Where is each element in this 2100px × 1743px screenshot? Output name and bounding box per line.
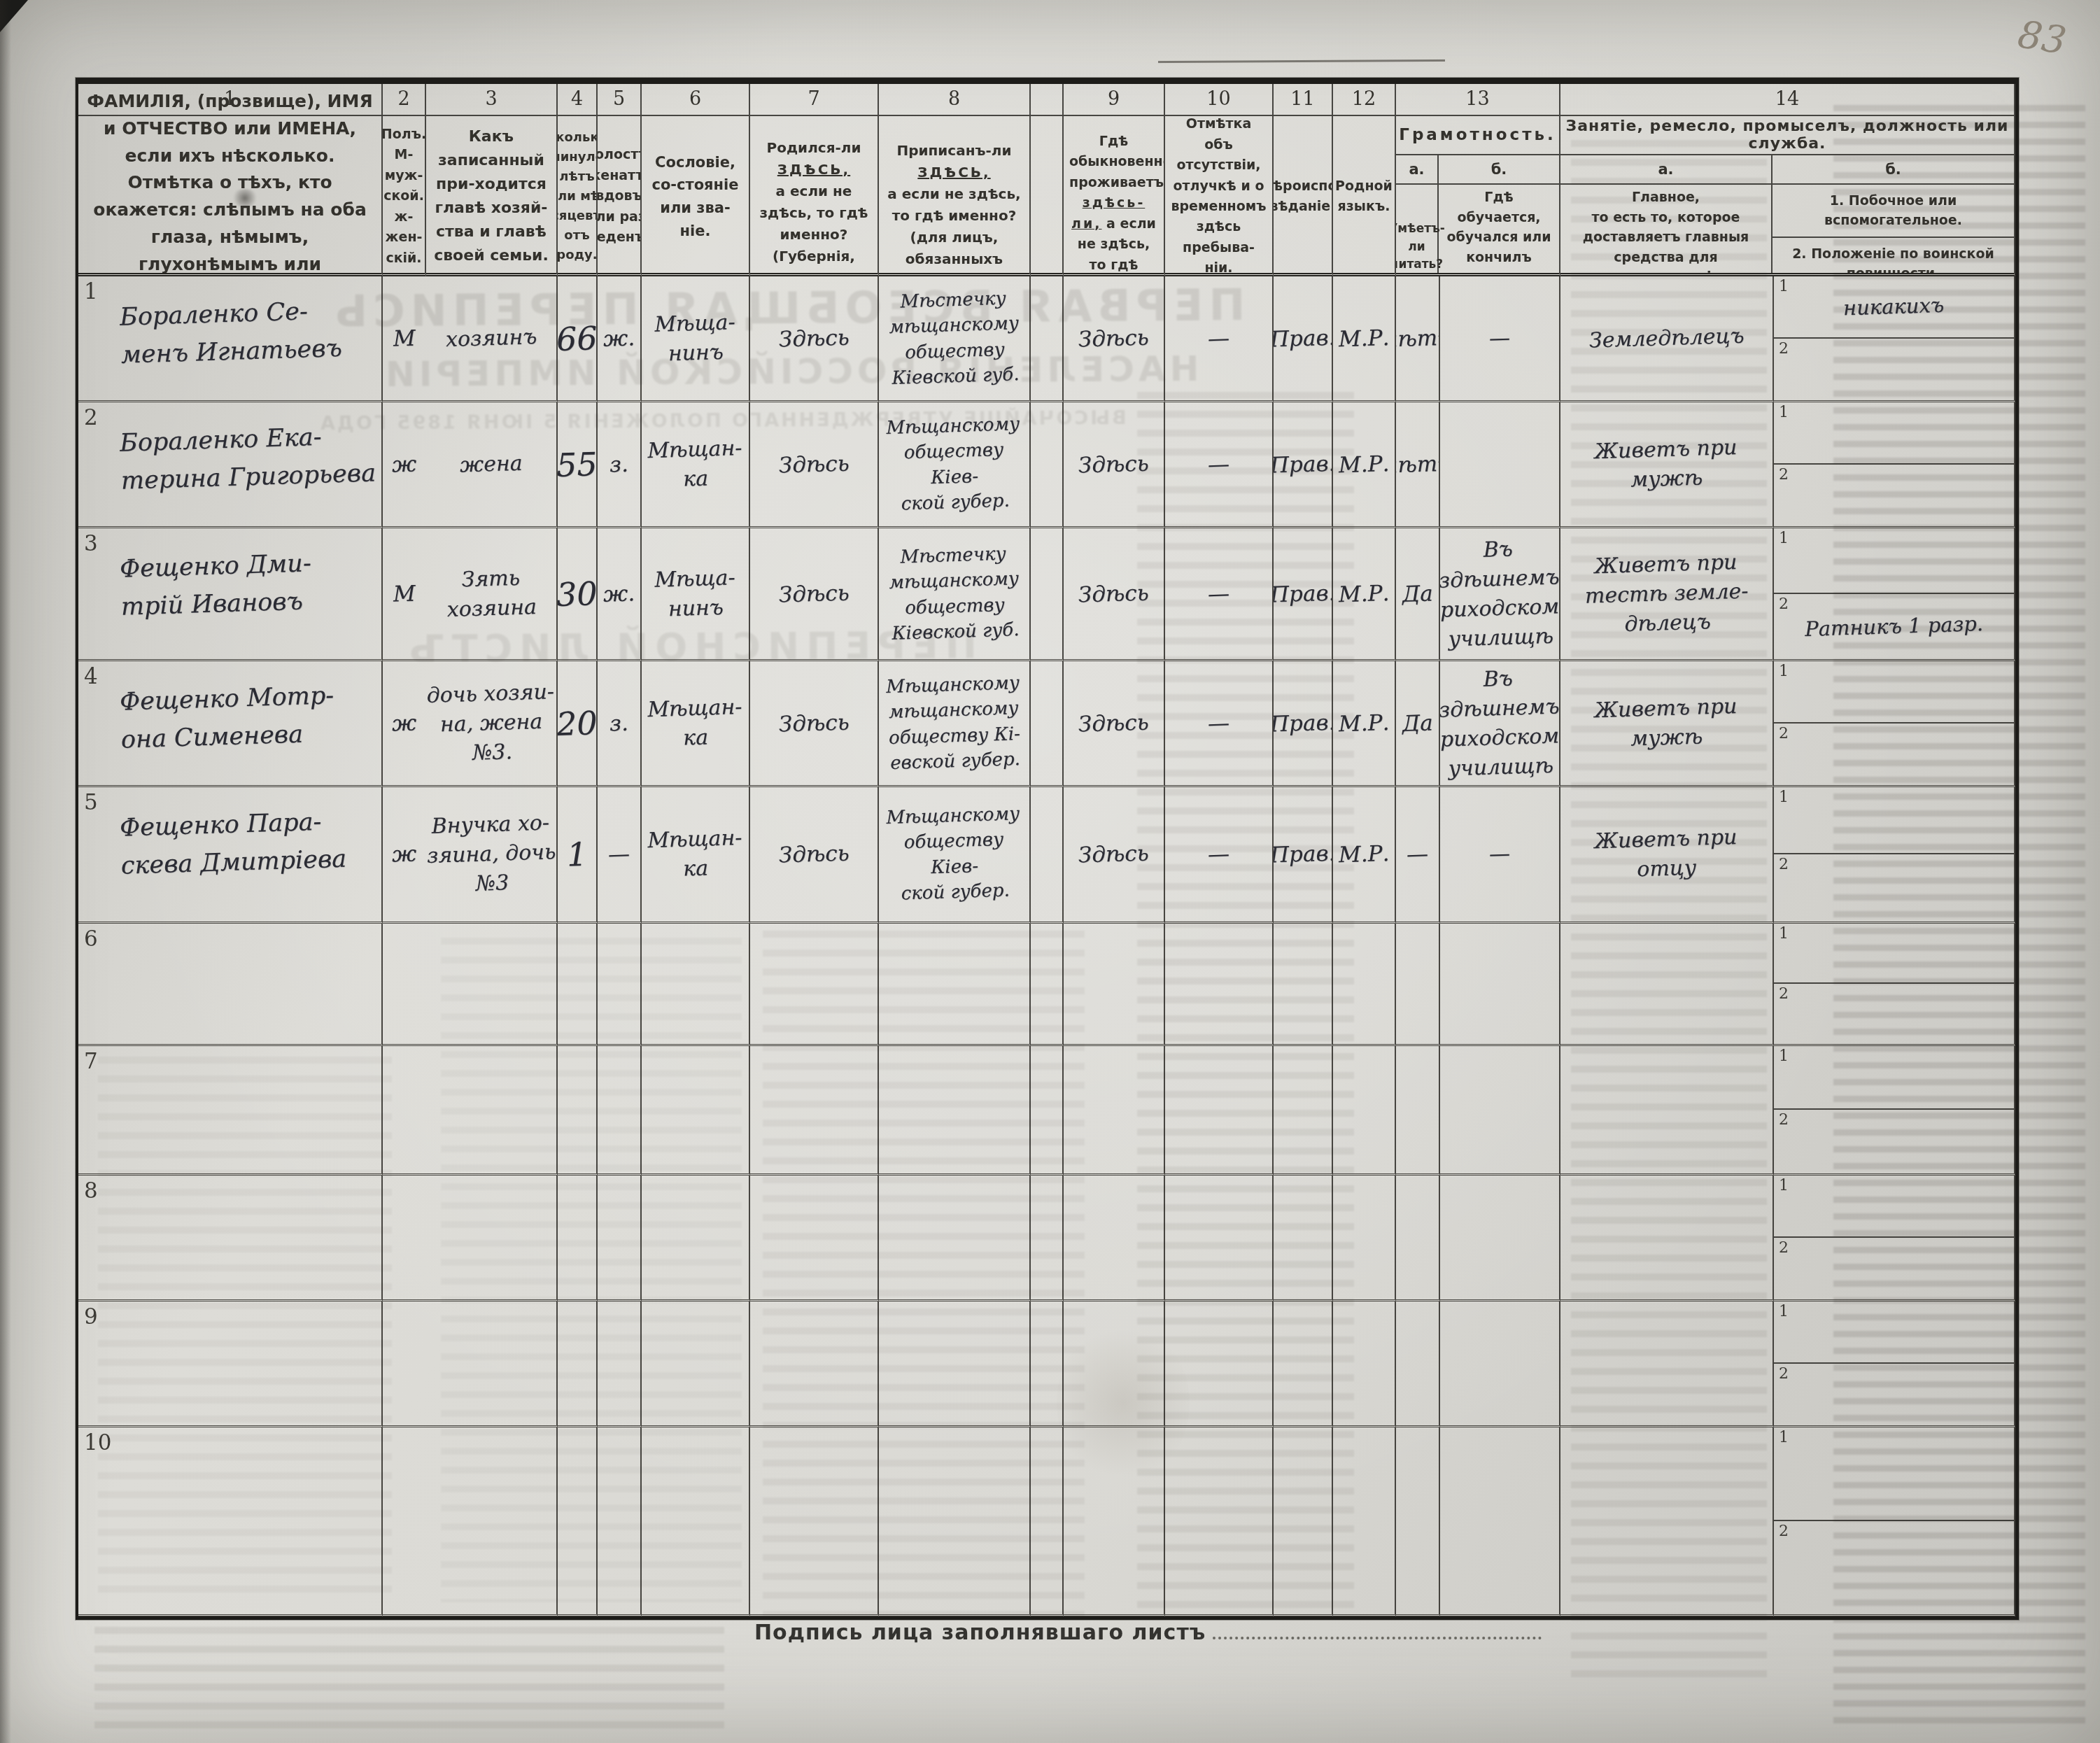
handwritten-entry: Живетъ при отцу <box>1594 823 1739 886</box>
handwritten-entry: Мѣщанскому обществу Кіев- ской губер. <box>879 801 1031 908</box>
cell-absence: — <box>1165 402 1274 528</box>
header-col-birthplace: 7 Родился-ли ЗДѢСЬ, а если не здѣсь, то … <box>750 84 879 276</box>
cell-estate: Мѣща- нинъ <box>642 528 750 661</box>
handwritten-entry: Фещенко Дми- трій Ивановъ <box>119 542 378 626</box>
handwritten-entry: — <box>1207 710 1229 736</box>
cell-age: 1 <box>558 787 598 924</box>
sub-cell-number: 1 <box>1779 530 1789 547</box>
handwritten-entry: Мѣщан- ка <box>647 433 744 495</box>
cell-registration: Мѣщанскому обществу Кіев- ской губер. <box>879 402 1031 528</box>
handwritten-entry: Фещенко Пара- скева Дмитріева <box>119 801 378 885</box>
cell-sex <box>383 1176 426 1301</box>
cell-literacy: нѣтъ <box>1396 276 1440 402</box>
cell-residence <box>1064 1046 1165 1176</box>
cell-side-occupation: 12Ратникъ 1 разр. <box>1774 528 2015 661</box>
cell-registration <box>879 1046 1031 1176</box>
cell-name: 3Фещенко Дми- трій Ивановъ <box>78 528 383 661</box>
row-number: 5 <box>84 790 98 815</box>
cell-sex: М <box>383 276 426 402</box>
column-description: Родной языкъ. <box>1333 116 1395 276</box>
sub-cell-number: 2 <box>1779 856 1789 873</box>
cell-registration: Мѣстечку мѣщанскому обществу Кіевской гу… <box>879 528 1031 661</box>
cell-marital: — <box>598 787 642 924</box>
handwritten-entry: хозяинъ <box>445 322 537 354</box>
handwritten-entry: 66 <box>558 319 598 358</box>
cell-education <box>1440 924 1560 1046</box>
cell-relation <box>426 1427 558 1616</box>
cell-absence <box>1165 924 1274 1046</box>
sub-desc-b: 1. Побочное или вспомогательное. 2. Поло… <box>1773 185 2014 276</box>
column-description: Сколько минуло лѣтъ или мѣ-сяцевъ отъ ро… <box>558 116 596 276</box>
column-number: 7 <box>750 84 878 116</box>
handwritten-entry: Въ здѣшнемъ приходскомъ училищѣ <box>1440 532 1560 654</box>
cell-marital: з. <box>598 661 642 787</box>
cell-religion <box>1274 1176 1333 1301</box>
cell-education: — <box>1440 787 1560 924</box>
sub-cell-number: 1 <box>1779 1177 1789 1194</box>
cell-age: 55 <box>558 402 598 528</box>
cell-residence <box>1064 924 1165 1046</box>
cell-occupation: Живетъ при отцу <box>1560 787 1774 924</box>
sub-cell-1: 1 <box>1774 1301 2014 1364</box>
cell-occupation: Живетъ при мужѣ <box>1560 402 1774 528</box>
handwritten-entry: Здѣсь <box>1078 840 1150 868</box>
header-col-registration: 8 Приписанъ-ли ЗДѢСЬ, а если не здѣсь, т… <box>879 84 1031 276</box>
cell-age: 20 <box>558 661 598 787</box>
cell-language <box>1333 1427 1396 1616</box>
cell-absence <box>1165 1176 1274 1301</box>
sub-cell-number: 2 <box>1779 340 1789 358</box>
sub-cell-2: 2 <box>1774 1521 2014 1615</box>
cell-estate <box>642 1176 750 1301</box>
signature-dotted-line <box>1213 1623 1542 1639</box>
cell-spacer <box>1031 276 1064 402</box>
header-col-sex: 2 Полъ. М-муж-ской. ж-жен-скій. <box>383 84 426 276</box>
header-col-relation: 3 Какъ записанный при-ходится главѣ хозя… <box>426 84 558 276</box>
census-sheet-scan: ПЕРВАЯ ВСЕОБЩАЯ ПЕРЕПИСЬ НАСЕЛЕНІЯ РОССІ… <box>0 0 2100 1743</box>
cell-residence: Здѣсь <box>1064 787 1165 924</box>
handwritten-entry <box>120 1060 377 1068</box>
handwritten-entry: Живетъ при мужѣ <box>1594 691 1739 754</box>
section-title: Занятіе, ремесло, промыселъ, должность и… <box>1560 116 2014 155</box>
handwritten-entry: ж. <box>602 581 635 607</box>
handwritten-entry: Бораленко Се- менъ Игнатьевъ <box>119 290 378 374</box>
cell-side-occupation: 12 <box>1774 924 2015 1046</box>
handwritten-entry: М.Р. <box>1338 325 1389 351</box>
cell-marital: ж. <box>598 276 642 402</box>
sub-cell-number: 1 <box>1779 1047 1789 1065</box>
handwritten-entry: Да <box>1402 581 1433 607</box>
sub-desc-a: Умѣетъ-ли читать? <box>1396 185 1439 276</box>
column-number: 13 <box>1396 84 1559 116</box>
header-col-absence: 10 Отмѣтка объ отсутствіи, отлучкѣ и о в… <box>1165 84 1274 276</box>
signature-line: Подпись лица заполнявшаго листъ <box>754 1621 1542 1645</box>
handwritten-entry: жена <box>460 449 523 480</box>
sub-cell-2: 2 <box>1774 1110 2014 1173</box>
cell-absence: — <box>1165 661 1274 787</box>
header-col-spacer <box>1031 84 1064 276</box>
cell-occupation: Земледѣлецъ <box>1560 276 1774 402</box>
handwritten-entry <box>120 938 377 946</box>
sub-cell-number: 2 <box>1779 466 1789 484</box>
cell-birthplace <box>750 1046 879 1176</box>
cell-birthplace: Здѣсь <box>750 276 879 402</box>
handwritten-entry: Здѣсь <box>1078 451 1150 478</box>
cell-spacer <box>1031 1301 1064 1427</box>
handwritten-entry: Прав. <box>1274 580 1333 607</box>
cell-residence: Здѣсь <box>1064 528 1165 661</box>
cell-sex: ж <box>383 661 426 787</box>
cell-sex: М <box>383 528 426 661</box>
cell-sex <box>383 1301 426 1427</box>
handwritten-entry: 20 <box>558 704 598 743</box>
column-description: Приписанъ-ли ЗДѢСЬ, а если не здѣсь, то … <box>879 116 1029 276</box>
sub-cell-number: 2 <box>1779 1239 1789 1257</box>
sub-cell-2: 2 <box>1774 339 2014 401</box>
handwritten-entry: Мѣщан- ка <box>647 824 744 885</box>
handwritten-entry: Мѣстечку мѣщанскому обществу Кіевской гу… <box>887 541 1020 647</box>
sub-label-b: б. <box>1439 155 1559 183</box>
cell-side-occupation: 12 <box>1774 1427 2015 1616</box>
military-status-label: 2. Положеніе по воинской повинности. <box>1773 238 2014 276</box>
sub-cell-number: 1 <box>1779 925 1789 943</box>
column-number: 5 <box>598 84 640 116</box>
scan-line-artifact <box>1158 59 1445 63</box>
handwritten-entry: Прав. <box>1274 841 1333 868</box>
column-description <box>1031 116 1062 276</box>
header-col-estate: 6 Сословіе, со-стояніе или зва-ніе. <box>642 84 750 276</box>
column-description: Какъ записанный при-ходится главѣ хозяй-… <box>426 116 556 276</box>
cell-name: 10 <box>78 1427 383 1616</box>
column-number: 3 <box>426 84 556 116</box>
column-number: 10 <box>1165 84 1272 116</box>
cell-estate <box>642 1301 750 1427</box>
cell-birthplace: Здѣсь <box>750 402 879 528</box>
handwritten-entry: Ратникъ 1 разр. <box>1804 612 1983 641</box>
cell-absence: — <box>1165 528 1274 661</box>
handwritten-entry: Зять хозяина <box>446 563 537 625</box>
sub-cell-1: 1 <box>1774 528 2014 594</box>
cell-birthplace <box>750 1427 879 1616</box>
handwritten-entry: нѣтъ <box>1396 325 1440 352</box>
cell-occupation: Живетъ при мужѣ <box>1560 661 1774 787</box>
cell-marital <box>598 1427 642 1616</box>
sub-cell-number: 2 <box>1779 1365 1789 1383</box>
cell-registration <box>879 1176 1031 1301</box>
cell-occupation: Живетъ при тестѣ земле- дѣлецъ <box>1560 528 1774 661</box>
desc-text: а если не здѣсь, то гдѣ именно? (для лиц… <box>887 185 1020 276</box>
cell-marital: з. <box>598 402 642 528</box>
cell-estate: Мѣщан- ка <box>642 787 750 924</box>
column-description: Отмѣтка объ отсутствіи, отлучкѣ и о врем… <box>1165 116 1272 276</box>
cell-sex: ж <box>383 402 426 528</box>
handwritten-entry: Здѣсь <box>778 451 850 478</box>
cell-relation <box>426 1176 558 1301</box>
cell-estate: Мѣщан- ка <box>642 661 750 787</box>
sub-desc-a: Главное, то есть то, которое доставляетъ… <box>1560 185 1773 276</box>
cell-education: — <box>1440 276 1560 402</box>
header-col-marital: 5 Холостъ, женатъ, вдовъ или раз-веденъ. <box>598 84 642 276</box>
cell-spacer <box>1031 924 1064 1046</box>
cell-language <box>1333 1176 1396 1301</box>
cell-literacy: нѣтъ <box>1396 402 1440 528</box>
cell-religion: Прав. <box>1274 787 1333 924</box>
handwritten-entry: ж <box>392 451 417 477</box>
sub-cell-number: 2 <box>1779 1111 1789 1129</box>
cell-spacer <box>1031 661 1064 787</box>
census-table-frame: 1 ФАМИЛІЯ, (прозвище), ИМЯ и ОТЧЕСТВО ил… <box>76 78 2019 1620</box>
cell-age: 66 <box>558 276 598 402</box>
handwritten-entry: 30 <box>558 574 598 614</box>
cell-registration <box>879 924 1031 1046</box>
cell-side-occupation: 12 <box>1774 1046 2015 1176</box>
section-title: Грамотность. <box>1396 116 1559 155</box>
bleedthrough-text-block <box>94 1627 724 1732</box>
handwritten-entry: — <box>1488 323 1510 353</box>
desc-emphasis: ЗДѢСЬ, <box>777 161 850 178</box>
cell-sex <box>383 1046 426 1176</box>
cell-language: М.Р. <box>1333 402 1396 528</box>
column-number: 4 <box>558 84 596 116</box>
sub-cell-number: 2 <box>1779 595 1789 613</box>
header-col-age: 4 Сколько минуло лѣтъ или мѣ-сяцевъ отъ … <box>558 84 598 276</box>
handwritten-entry: Здѣсь <box>778 580 850 607</box>
cell-spacer <box>1031 1176 1064 1301</box>
cell-birthplace <box>750 1301 879 1427</box>
sub-cell-1: 1 <box>1774 924 2014 984</box>
handwritten-entry: — <box>1207 842 1229 868</box>
cell-registration: Мѣщанскому обществу Кіев- ской губер. <box>879 787 1031 924</box>
column-number: 9 <box>1064 84 1164 116</box>
cell-literacy <box>1396 1176 1440 1301</box>
column-number: 11 <box>1274 84 1332 116</box>
cell-name: 7 <box>78 1046 383 1176</box>
cell-relation <box>426 924 558 1046</box>
sub-cell-2: 2 <box>1774 854 2014 922</box>
row-number: 9 <box>84 1304 98 1329</box>
cell-religion <box>1274 924 1333 1046</box>
handwritten-entry: М.Р. <box>1338 451 1389 477</box>
handwritten-entry: Мѣща- нинъ <box>654 563 737 625</box>
header-col-surname: 1 ФАМИЛІЯ, (прозвище), ИМЯ и ОТЧЕСТВО ил… <box>78 84 383 276</box>
row-number: 1 <box>84 279 98 304</box>
handwritten-entry: М.Р. <box>1338 841 1389 868</box>
header-col-language: 12 Родной языкъ. <box>1333 84 1396 276</box>
cell-side-occupation: 12 <box>1774 402 2015 528</box>
cell-side-occupation: 12 <box>1774 661 2015 787</box>
column-description: Вѣроиспо-вѣданіе. <box>1274 116 1332 276</box>
column-number: 2 <box>383 84 425 116</box>
cell-relation: хозяинъ <box>426 276 558 402</box>
sub-column-labels: а. б. <box>1396 155 1559 185</box>
cell-education <box>1440 1301 1560 1427</box>
cell-side-occupation: 12 <box>1774 787 2015 924</box>
cell-spacer <box>1031 402 1064 528</box>
cell-residence <box>1064 1427 1165 1616</box>
cell-spacer <box>1031 1427 1064 1616</box>
handwritten-entry: — <box>1488 840 1510 870</box>
cell-language <box>1333 1301 1396 1427</box>
cell-language: М.Р. <box>1333 528 1396 661</box>
sub-label-a: а. <box>1396 155 1439 183</box>
cell-literacy <box>1396 1301 1440 1427</box>
handwritten-entry: Живетъ при мужѣ <box>1594 432 1739 495</box>
sub-column-descriptions: Главное, то есть то, которое доставляетъ… <box>1560 185 2014 271</box>
cell-marital <box>598 1176 642 1301</box>
cell-literacy <box>1396 1046 1440 1176</box>
cell-name: 5Фещенко Пара- скева Дмитріева <box>78 787 383 924</box>
column-number: 14 <box>1560 84 2014 116</box>
cell-age <box>558 1301 598 1427</box>
desc-text: Приписанъ-ли <box>896 142 1011 159</box>
sub-cell-number: 2 <box>1779 985 1789 1003</box>
cell-estate: Мѣща- нинъ <box>642 276 750 402</box>
cell-education <box>1440 1046 1560 1176</box>
cell-literacy <box>1396 1427 1440 1616</box>
cell-name: 1Бораленко Се- менъ Игнатьевъ <box>78 276 383 402</box>
sub-desc-b: Гдѣ обучается, обучался или кончилъ курс… <box>1439 185 1559 276</box>
cell-age <box>558 1427 598 1616</box>
sub-cell-number: 1 <box>1779 1303 1789 1320</box>
sub-column-descriptions: Умѣетъ-ли читать? Гдѣ обучается, обучалс… <box>1396 185 1559 271</box>
sub-cell-1: 1никакихъ <box>1774 276 2014 339</box>
row-number: 7 <box>84 1049 98 1074</box>
sub-cell-1: 1 <box>1774 1176 2014 1238</box>
sub-cell-number: 1 <box>1779 789 1789 806</box>
handwritten-entry: Живетъ при тестѣ земле- дѣлецъ <box>1584 547 1749 640</box>
cell-age <box>558 924 598 1046</box>
sub-cell-number: 2 <box>1779 725 1789 742</box>
cell-occupation <box>1560 1176 1774 1301</box>
census-table: 1 ФАМИЛІЯ, (прозвище), ИМЯ и ОТЧЕСТВО ил… <box>78 84 2015 1616</box>
handwritten-entry: дочь хозяи- на, жена №3. <box>426 677 556 770</box>
handwritten-entry: Здѣсь <box>1078 710 1150 737</box>
handwritten-entry: Земледѣлецъ <box>1588 321 1745 355</box>
cell-education <box>1440 1176 1560 1301</box>
cell-relation <box>426 1046 558 1176</box>
sub-cell-1: 1 <box>1774 787 2014 854</box>
handwritten-entry: 1 <box>566 835 588 874</box>
cell-language <box>1333 924 1396 1046</box>
cell-religion <box>1274 1046 1333 1176</box>
cell-literacy: Да <box>1396 528 1440 661</box>
handwritten-entry: Мѣщанскому обществу Кіев- ской губер. <box>879 411 1031 517</box>
header-col-literacy: 13 Грамотность. а. б. Умѣетъ-ли читать? … <box>1396 84 1560 276</box>
handwritten-entry: Въ здѣшнемъ приходскомъ училищѣ <box>1440 662 1560 784</box>
cell-education: Въ здѣшнемъ приходскомъ училищѣ <box>1440 661 1560 787</box>
handwritten-entry: Мѣстечку мѣщанскому обществу Кіевской гу… <box>887 285 1020 391</box>
sub-cell-number: 1 <box>1779 278 1789 295</box>
handwritten-entry: М <box>393 325 416 351</box>
cell-age: 30 <box>558 528 598 661</box>
cell-estate <box>642 1046 750 1176</box>
sub-cell-1: 1 <box>1774 402 2014 465</box>
cell-literacy <box>1396 924 1440 1046</box>
cell-name: 9 <box>78 1301 383 1427</box>
column-description: Полъ. М-муж-ской. ж-жен-скій. <box>383 116 425 276</box>
cell-relation: Внучка хо- зяина, дочь №3 <box>426 787 558 924</box>
cell-birthplace: Здѣсь <box>750 787 879 924</box>
cell-spacer <box>1031 528 1064 661</box>
header-col-religion: 11 Вѣроиспо-вѣданіе. <box>1274 84 1333 276</box>
handwritten-entry: Здѣсь <box>778 325 850 352</box>
column-number: 6 <box>642 84 749 116</box>
column-number: 8 <box>879 84 1029 116</box>
cell-residence <box>1064 1176 1165 1301</box>
sub-label-a: а. <box>1560 155 1773 183</box>
handwritten-entry: — <box>1207 581 1229 607</box>
cell-side-occupation: 1никакихъ2 <box>1774 276 2015 402</box>
sub-cell-number: 2 <box>1779 1523 1789 1540</box>
handwritten-entry: ж <box>392 841 417 867</box>
handwritten-entry: Фещенко Мотр- она Сименева <box>119 675 378 759</box>
row-number: 10 <box>84 1430 111 1455</box>
cell-language: М.Р. <box>1333 661 1396 787</box>
handwritten-entry: М.Р. <box>1338 580 1389 607</box>
cell-registration <box>879 1301 1031 1427</box>
handwritten-entry: М <box>393 581 416 607</box>
handwritten-entry: никакихъ <box>1843 293 1945 320</box>
row-number: 6 <box>84 926 98 952</box>
page-number: 83 <box>2015 12 2069 63</box>
cell-birthplace <box>750 924 879 1046</box>
cell-registration: Мѣщанскому мѣщанскому обществу Кі- евско… <box>879 661 1031 787</box>
handwritten-entry <box>120 1190 377 1198</box>
sub-cell-number: 1 <box>1779 404 1789 421</box>
cell-name: 6 <box>78 924 383 1046</box>
header-col-occupation: 14 Занятіе, ремесло, промыселъ, должност… <box>1560 84 2015 276</box>
cell-sex: ж <box>383 787 426 924</box>
cell-religion: Прав. <box>1274 276 1333 402</box>
sub-label-b: б. <box>1773 155 2014 183</box>
column-description: Гдѣ обыкновенно проживаетъ: здѣсь-ли, а … <box>1064 116 1164 276</box>
cell-absence <box>1165 1427 1274 1616</box>
handwritten-entry: Прав. <box>1274 451 1333 478</box>
cell-religion <box>1274 1427 1333 1616</box>
cell-marital <box>598 924 642 1046</box>
handwritten-entry <box>120 1441 377 1450</box>
column-description: Родился-ли ЗДѢСЬ, а если не здѣсь, то гд… <box>750 116 878 276</box>
handwritten-entry: 55 <box>558 445 598 484</box>
handwritten-entry: Бораленко Ека- терина Григорьева <box>119 416 378 500</box>
cell-absence <box>1165 1046 1274 1176</box>
sub-cell-number: 1 <box>1779 1429 1789 1446</box>
cell-religion: Прав. <box>1274 528 1333 661</box>
handwritten-entry: ж <box>392 710 417 736</box>
cell-occupation <box>1560 924 1774 1046</box>
column-description: ФАМИЛІЯ, (прозвище), ИМЯ и ОТЧЕСТВО или … <box>78 116 381 276</box>
cell-registration: Мѣстечку мѣщанскому обществу Кіевской гу… <box>879 276 1031 402</box>
handwritten-entry: Мѣщанскому мѣщанскому обществу Кі- евско… <box>886 670 1022 776</box>
cell-education <box>1440 1427 1560 1616</box>
signature-label: Подпись лица заполнявшаго листъ <box>754 1621 1206 1645</box>
handwritten-entry: Здѣсь <box>778 840 850 868</box>
sub-column-labels: а. б. <box>1560 155 2014 185</box>
sub-cell-number: 1 <box>1779 663 1789 680</box>
handwritten-entry: — <box>1207 451 1229 477</box>
cell-relation <box>426 1301 558 1427</box>
cell-language <box>1333 1046 1396 1176</box>
handwritten-entry: Прав. <box>1274 710 1333 737</box>
cell-name: 4Фещенко Мотр- она Сименева <box>78 661 383 787</box>
cell-residence: Здѣсь <box>1064 661 1165 787</box>
cell-education: Въ здѣшнемъ приходскомъ училищѣ <box>1440 528 1560 661</box>
cell-occupation <box>1560 1301 1774 1427</box>
column-number <box>1031 84 1062 116</box>
handwritten-entry: М.Р. <box>1338 710 1389 736</box>
sub-cell-2: 2 <box>1774 724 2014 786</box>
sub-cell-1: 1 <box>1774 661 2014 724</box>
